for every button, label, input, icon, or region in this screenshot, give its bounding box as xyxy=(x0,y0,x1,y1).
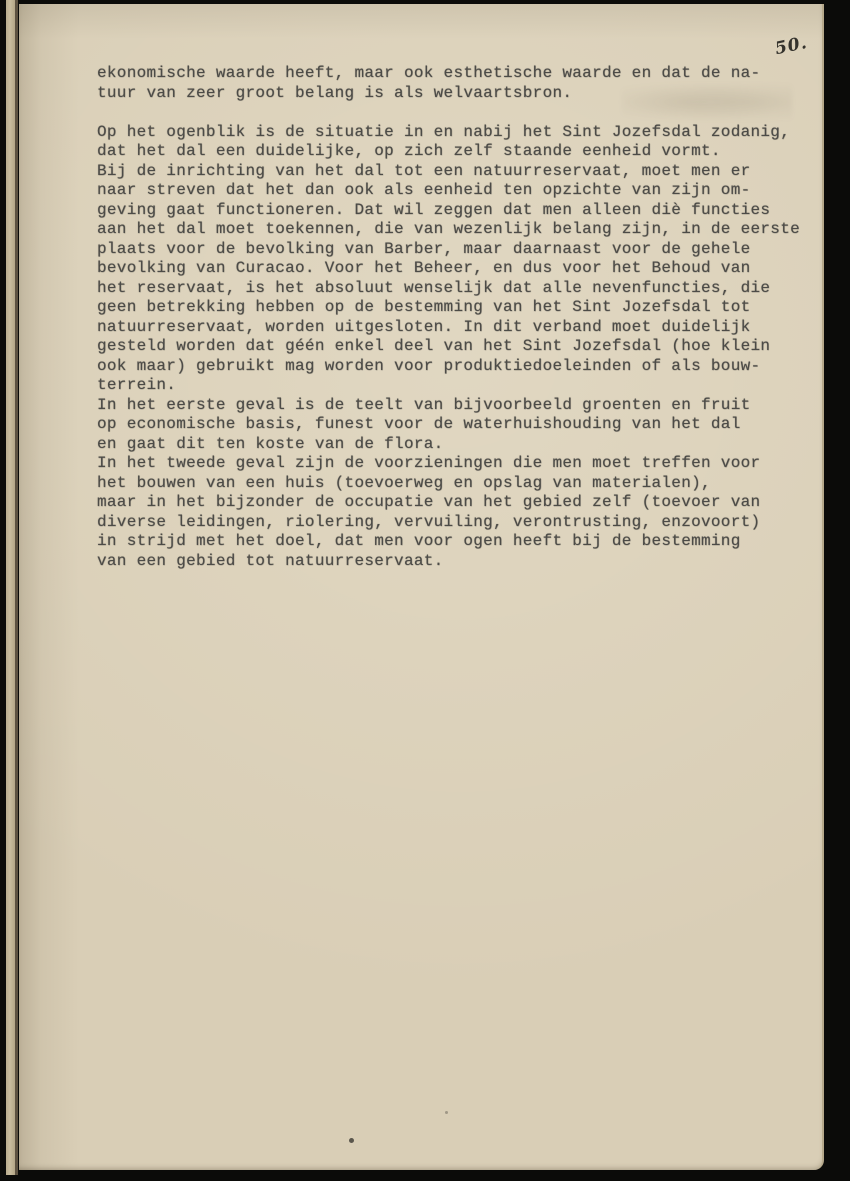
text-line: terrein. xyxy=(97,376,814,396)
document-page: 50. ekonomische waarde heeft, maar ook e… xyxy=(19,4,824,1170)
ink-speck xyxy=(349,1138,354,1143)
text-line: geving gaat functioneren. Dat wil zeggen… xyxy=(97,201,814,221)
book-page-stack-edge xyxy=(6,0,18,1175)
text-line: ekonomische waarde heeft, maar ook esthe… xyxy=(97,64,814,84)
text-line: Bij de inrichting van het dal tot een na… xyxy=(97,162,814,182)
typewritten-text: ekonomische waarde heeft, maar ook esthe… xyxy=(97,64,814,571)
text-line: bevolking van Curacao. Voor het Beheer, … xyxy=(97,259,814,279)
text-line: aan het dal moet toekennen, die van weze… xyxy=(97,220,814,240)
text-line: en gaat dit ten koste van de flora. xyxy=(97,435,814,455)
text-line: gesteld worden dat géén enkel deel van h… xyxy=(97,337,814,357)
text-line: natuurreservaat, worden uitgesloten. In … xyxy=(97,318,814,338)
text-line: Op het ogenblik is de situatie in en nab… xyxy=(97,123,814,143)
page-number-handwritten: 50. xyxy=(774,33,810,59)
text-line: maar in het bijzonder de occupatie van h… xyxy=(97,493,814,513)
text-line: In het eerste geval is de teelt van bijv… xyxy=(97,396,814,416)
text-line: op economische basis, funest voor de wat… xyxy=(97,415,814,435)
text-line: In het tweede geval zijn de voorzieninge… xyxy=(97,454,814,474)
text-line: ook maar) gebruikt mag worden voor produ… xyxy=(97,357,814,377)
text-line: in strijd met het doel, dat men voor oge… xyxy=(97,532,814,552)
text-line: van een gebied tot natuurreservaat. xyxy=(97,552,814,572)
text-line: het bouwen van een huis (toevoerweg en o… xyxy=(97,474,814,494)
text-line: diverse leidingen, riolering, vervuiling… xyxy=(97,513,814,533)
text-line: geen betrekking hebben op de bestemming … xyxy=(97,298,814,318)
text-line: tuur van zeer groot belang is als welvaa… xyxy=(97,84,814,104)
text-line: naar streven dat het dan ook als eenheid… xyxy=(97,181,814,201)
ink-speck xyxy=(445,1111,448,1114)
scanned-book-spread: { "page": { "page_number": "50.", "lines… xyxy=(0,0,850,1181)
text-line: dat het dal een duidelijke, op zich zelf… xyxy=(97,142,814,162)
text-line: het reservaat, is het absoluut wenselijk… xyxy=(97,279,814,299)
text-line: plaats voor de bevolking van Barber, maa… xyxy=(97,240,814,260)
text-line xyxy=(97,103,814,123)
